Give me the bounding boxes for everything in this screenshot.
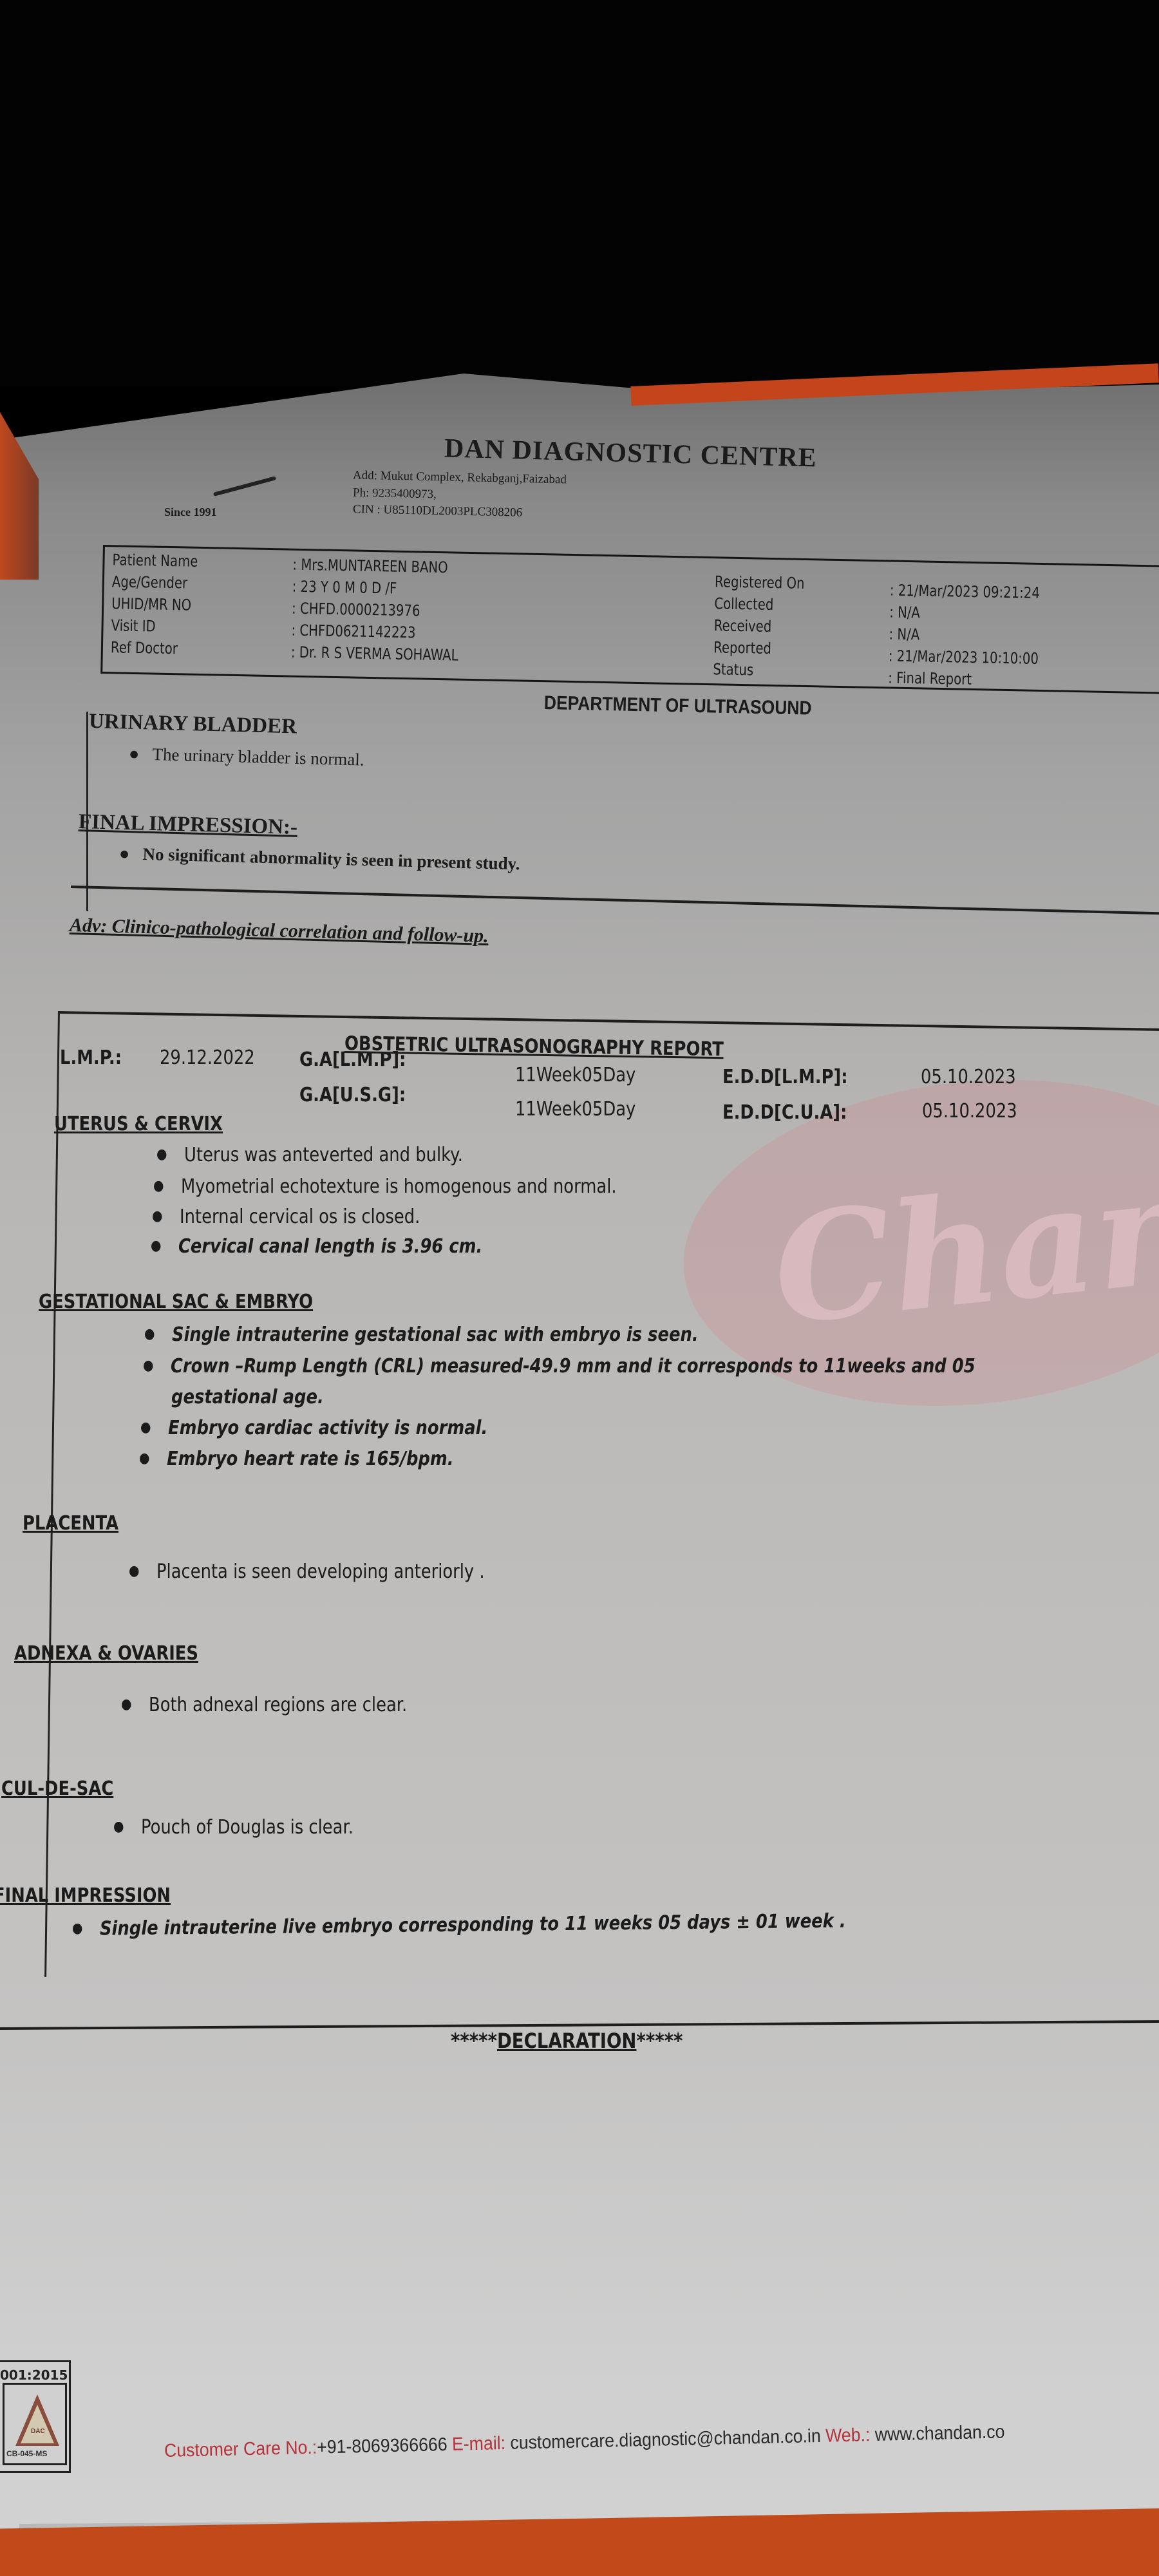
uhid-value: : CHFD.0000213976 (292, 600, 420, 620)
adnexa-item: Both adnexal regions are clear. (121, 1694, 407, 1716)
uhid-label: UHID/MR NO (111, 594, 191, 614)
patient-name-label: Patient Name (112, 551, 198, 571)
ga-lmp-label: G.A[L.M.P]: (299, 1048, 406, 1071)
dac-triangle-inner (21, 2405, 54, 2443)
customer-care-label: Customer Care No.: (164, 2438, 317, 2461)
email-label: E-mail: (452, 2433, 506, 2455)
background-dark (0, 0, 1159, 386)
ref-doctor-label: Ref Doctor (111, 638, 178, 658)
ga-usg-label: G.A[U.S.G]: (299, 1084, 406, 1106)
patient-name-value: : Mrs.MUNTAREEN BANO (292, 556, 448, 577)
age-gender-value: : 23 Y 0 M 0 D /F (292, 578, 397, 598)
reported-label: Reported (713, 638, 771, 658)
received-label: Received (714, 616, 772, 636)
visit-id-label: Visit ID (111, 616, 156, 635)
declaration-label: DECLARATION (497, 2029, 636, 2053)
ga-usg-value: 11Week05Day (515, 1098, 636, 1121)
status-label: Status (713, 660, 753, 679)
status-value: : Final Report (888, 668, 972, 688)
registered-on-label: Registered On (715, 573, 805, 592)
patient-info-box: Patient Name : Mrs.MUNTAREEN BANO Age/Ge… (100, 545, 1159, 694)
gestational-item-3: Embryo cardiac activity is normal. (140, 1417, 487, 1439)
gestational-item-4: Embryo heart rate is 165/bpm. (139, 1448, 454, 1470)
lmp-label: L.M.P.: (60, 1046, 122, 1069)
edd-lmp-value: 05.10.2023 (921, 1066, 1016, 1088)
uterus-item-4: Cervical canal length is 3.96 cm. (151, 1235, 482, 1258)
uterus-cervix-heading: UTERUS & CERVIX (54, 1113, 223, 1135)
declaration-stars-left: ***** (451, 2029, 497, 2053)
edd-cua-label: E.D.D[C.U.A]: (722, 1101, 847, 1124)
registered-on-value: : 21/Mar/2023 09:21:24 (890, 581, 1041, 601)
centre-phone: Ph: 9235400973, (353, 486, 437, 502)
customer-care-number[interactable]: +91-8069366666 (317, 2434, 448, 2458)
dac-badge-text: DAC (31, 2428, 45, 2435)
received-value: : N/A (889, 625, 919, 643)
uterus-item-1: Uterus was anteverted and bulky. (156, 1144, 463, 1166)
edd-cua-value: 05.10.2023 (922, 1100, 1017, 1122)
placenta-heading: PLACENTA (23, 1512, 118, 1535)
gestational-sac-heading: GESTATIONAL SAC & EMBRYO (39, 1291, 313, 1313)
web-label: Web.: (825, 2425, 871, 2447)
final-impression-heading: FINAL IMPRESSION (0, 1884, 171, 1907)
gestational-item-1: Single intrauterine gestational sac with… (144, 1323, 699, 1346)
declaration-heading: *****DECLARATION***** (451, 2029, 683, 2053)
collected-value: : N/A (889, 603, 920, 621)
ga-lmp-value: 11Week05Day (515, 1064, 636, 1086)
cul-de-sac-heading: CUL-DE-SAC (1, 1777, 113, 1800)
visit-id-value: : CHFD0621142223 (291, 621, 416, 642)
declaration-stars-right: ***** (636, 2029, 683, 2053)
uterus-item-2: Myometrial echotexture is homogenous and… (153, 1175, 617, 1198)
reported-value: : 21/Mar/2023 10:10:00 (889, 647, 1039, 667)
gestational-item-2: Crown –Rump Length (CRL) measured-49.9 m… (143, 1355, 975, 1378)
uterus-item-3: Internal cervical os is closed. (152, 1206, 420, 1228)
ref-doctor-value: : Dr. R S VERMA SOHAWAL (291, 643, 458, 665)
collected-label: Collected (714, 594, 773, 614)
adnexa-heading: ADNEXA & OVARIES (14, 1642, 198, 1665)
lmp-value: 29.12.2022 (160, 1046, 255, 1069)
since-text: Since 1991 (164, 506, 217, 519)
edd-lmp-label: E.D.D[L.M.P]: (722, 1066, 848, 1088)
cul-de-sac-item: Pouch of Douglas is clear. (113, 1816, 353, 1839)
iso-code-text: CB-045-MS (6, 2449, 47, 2458)
placenta-item: Placenta is seen developing anteriorly . (129, 1560, 485, 1583)
iso-standard-text: 001:2015 (0, 2367, 68, 2383)
gestational-item-2-continuation: gestational age. (171, 1386, 324, 1408)
web-link[interactable]: www.chandan.co (874, 2421, 1004, 2445)
age-gender-label: Age/Gender (112, 573, 188, 592)
